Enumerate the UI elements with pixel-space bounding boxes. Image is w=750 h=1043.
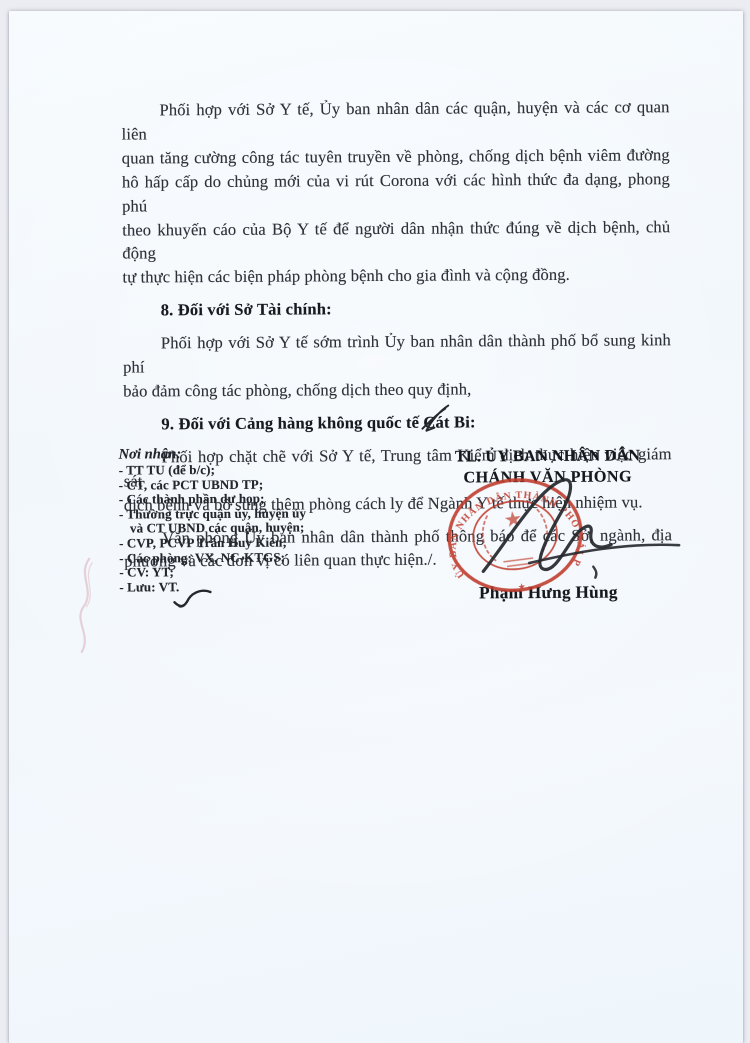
recipients-title: Nơi nhận: bbox=[119, 445, 349, 463]
recipient-item: - Lưu: VT. bbox=[119, 579, 349, 595]
scan-backdrop: Phối hợp với Sở Y tế, Ủy ban nhân dân cá… bbox=[0, 0, 750, 1043]
text-line: theo khuyến cáo của Bộ Y tế để người dân… bbox=[122, 215, 670, 266]
margin-ink-smudge bbox=[69, 557, 104, 655]
recipients-list: - TT TU (để b/c);- CT, các PCT UBND TP;-… bbox=[119, 462, 350, 595]
section-heading: 9. Đối với Cảng hàng không quốc tế Cát B… bbox=[123, 409, 671, 436]
recipients-block: Nơi nhận: - TT TU (để b/c);- CT, các PCT… bbox=[119, 445, 350, 595]
recipient-item: - CV: YT; bbox=[119, 564, 349, 580]
text-line: Phối hợp với Sở Y tế, Ủy ban nhân dân cá… bbox=[121, 95, 669, 146]
paragraph: Phối hợp với Sở Y tế, Ủy ban nhân dân cá… bbox=[121, 95, 670, 290]
text-line: 8. Đối với Sở Tài chính: bbox=[161, 295, 671, 322]
handwritten-signature bbox=[463, 464, 690, 590]
section-heading: 8. Đối với Sở Tài chính: bbox=[123, 295, 671, 322]
text-line: Phối hợp với Sở Y tế sớm trình Ủy ban nh… bbox=[123, 328, 671, 379]
text-line: 9. Đối với Cảng hàng không quốc tế Cát B… bbox=[161, 409, 671, 436]
signature-apostrophe-mark bbox=[593, 567, 596, 578]
handwritten-initial-mark bbox=[418, 401, 454, 437]
recipient-item: - CVP, PCVP Trần Huy Kiên; bbox=[119, 535, 349, 551]
text-line: tự thực hiện các biện pháp phòng bệnh ch… bbox=[122, 263, 670, 290]
text-line: quan tăng cường công tác tuyên truyền về… bbox=[122, 143, 670, 170]
text-line: hô hấp cấp do chủng mới của vi rút Coron… bbox=[122, 167, 670, 218]
page-content: Phối hợp với Sở Y tế, Ủy ban nhân dân cá… bbox=[8, 9, 748, 1043]
text-line: bảo đảm công tác phòng, chống dịch theo … bbox=[123, 376, 671, 403]
document-page: Phối hợp với Sở Y tế, Ủy ban nhân dân cá… bbox=[9, 11, 743, 1043]
recipient-item: - Các phòng: VX, NC-KTGS; bbox=[119, 550, 349, 566]
handwritten-check-mark bbox=[171, 588, 213, 614]
paragraph: Phối hợp với Sở Y tế sớm trình Ủy ban nh… bbox=[123, 328, 671, 403]
recipient-item: - TT TU (để b/c); bbox=[119, 462, 349, 478]
